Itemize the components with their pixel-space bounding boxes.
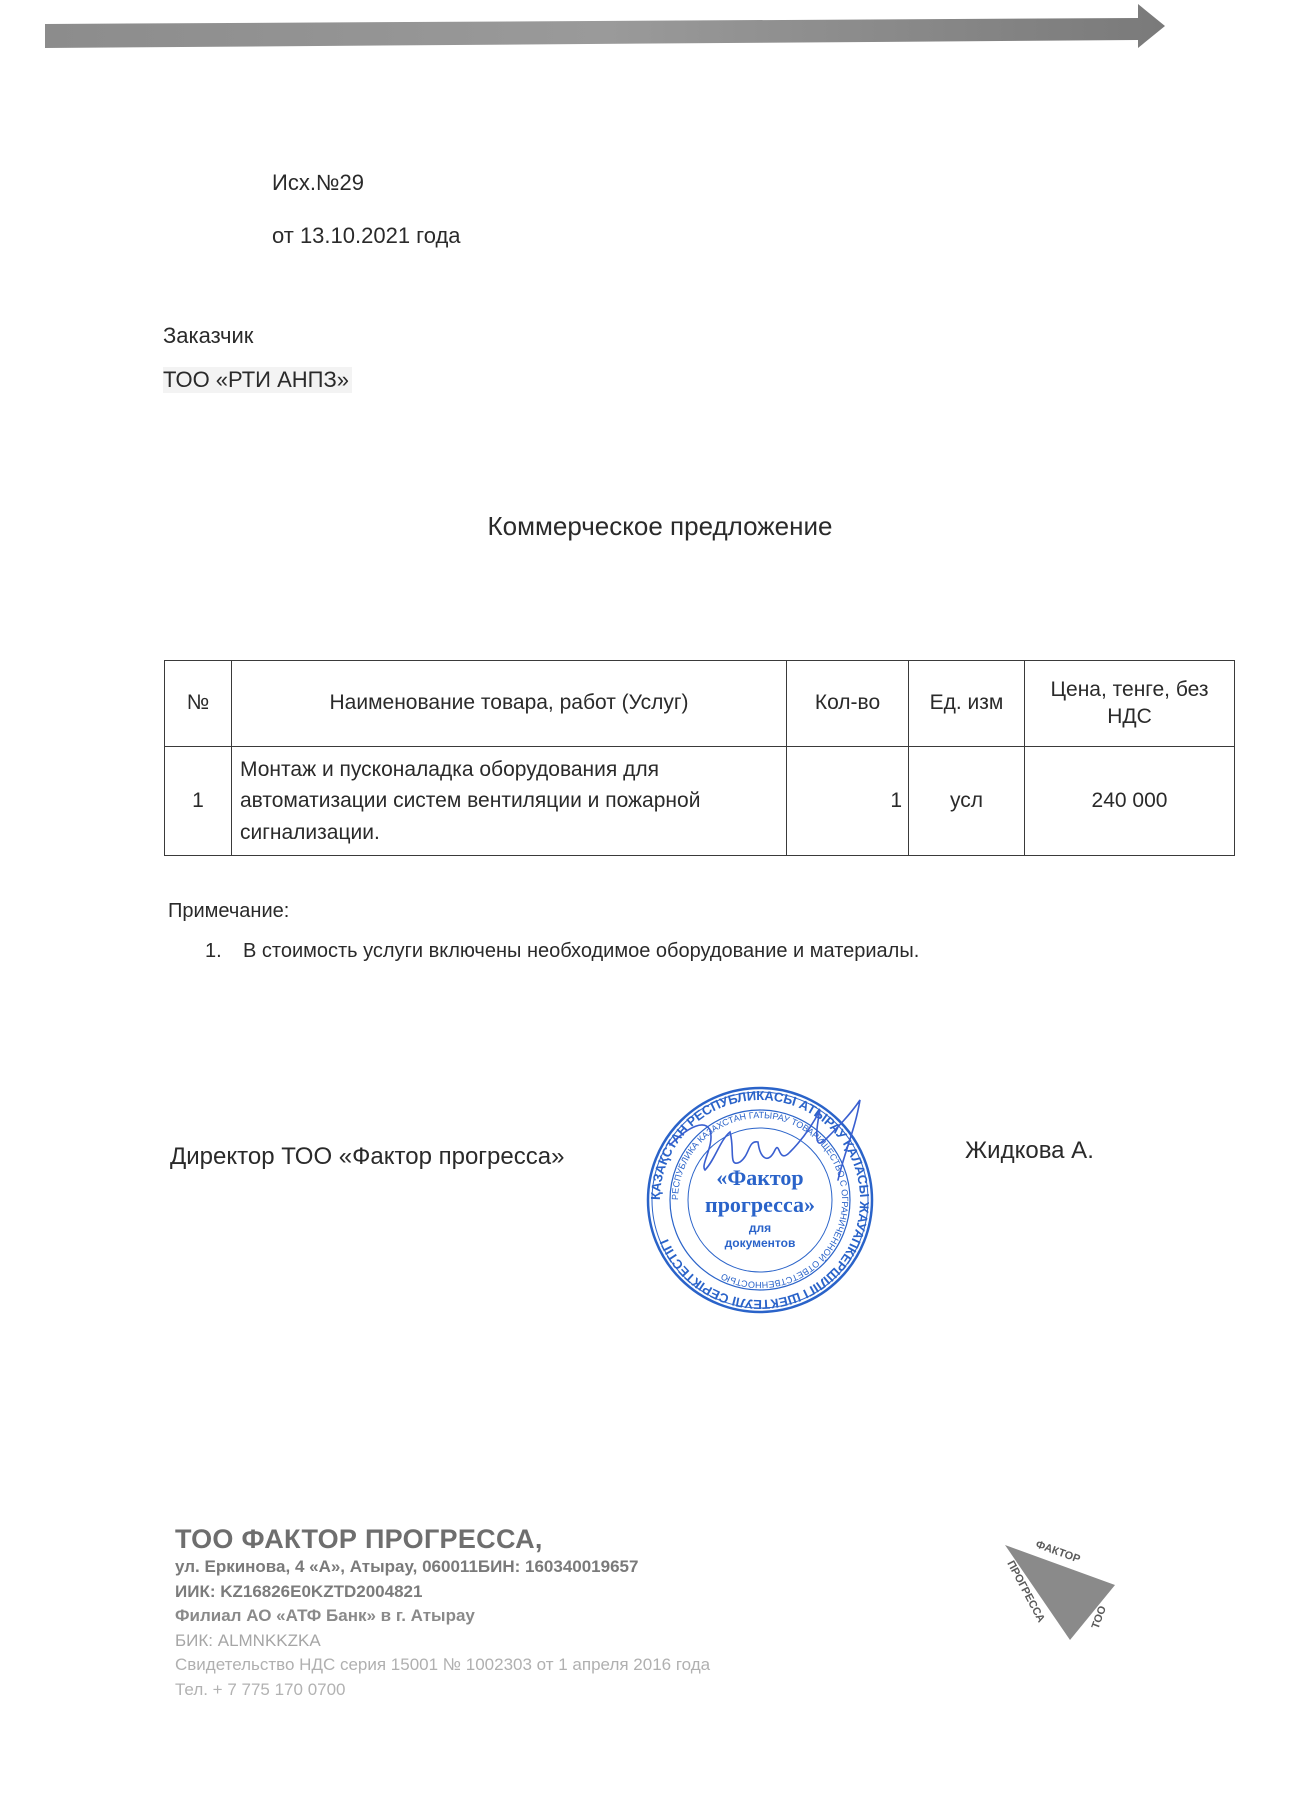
row-unit: усл [909,747,1025,856]
note-item-text: В стоимость услуги включены необходимое … [243,940,919,962]
note-label: Примечание: [168,900,289,923]
seal-center-line2: прогресса» [705,1192,815,1217]
footer-vat-certificate: Свидетельство НДС серия 15001 № 1002303 … [175,1653,710,1678]
footer-bank: Филиал АО «АТФ Банк» в г. Атырау [175,1604,710,1629]
footer-phone: Тел. + 7 775 170 0700 [175,1678,710,1703]
document-date: от 13.10.2021 года [272,223,461,249]
document-title: Коммерческое предложение [0,511,1297,542]
note-item-number: 1. [205,940,243,963]
header-qty: Кол-во [787,661,909,747]
table-header-row: № Наименование товара, работ (Услуг) Кол… [165,661,1235,747]
items-table: № Наименование товара, работ (Услуг) Кол… [164,660,1235,856]
company-seal-icon: ҚАЗАҚСТАН РЕСПУБЛИКАСЫ АТЫРАУ ҚАЛАСЫ ЖАУ… [610,1070,910,1330]
signatory-position: Директор ТОО «Фактор прогресса» [170,1143,564,1171]
customer-name: ТОО «РТИ АНПЗ» [163,367,352,393]
customer-label: Заказчик [163,323,253,349]
header-unit: Ед. изм [909,661,1025,747]
footer-iik: ИИК: KZ16826E0KZTD2004821 [175,1580,710,1605]
company-requisites: ТОО ФАКТОР ПРОГРЕССА, ул. Еркинова, 4 «А… [175,1524,710,1702]
company-logo-icon: ФАКТОР ПРОГРЕССА ТОО [995,1525,1125,1655]
header-price: Цена, тенге, без НДС [1025,661,1235,747]
outgoing-number: Исх.№29 [272,170,364,196]
row-num: 1 [165,747,232,856]
seal-center-line1: «Фактор [716,1165,803,1190]
row-price: 240 000 [1025,747,1235,856]
table-row: 1 Монтаж и пусконаладка оборудования для… [165,747,1235,856]
footer-address: ул. Еркинова, 4 «А», Атырау, 060011БИН: … [175,1555,710,1580]
row-qty: 1 [787,747,909,856]
row-name: Монтаж и пусконаладка оборудования для а… [232,747,787,856]
seal-center-line4: документов [725,1236,796,1250]
signatory-name: Жидкова А. [965,1137,1094,1165]
footer-bik: БИК: ALMNKKZKA [175,1629,710,1654]
seal-center-line3: для [749,1221,771,1235]
header-name: Наименование товара, работ (Услуг) [232,661,787,747]
footer-company-name: ТОО ФАКТОР ПРОГРЕССА, [175,1524,710,1555]
header-arrow-icon [45,4,1165,50]
note-item: 1.В стоимость услуги включены необходимо… [205,940,919,963]
header-num: № [165,661,232,747]
